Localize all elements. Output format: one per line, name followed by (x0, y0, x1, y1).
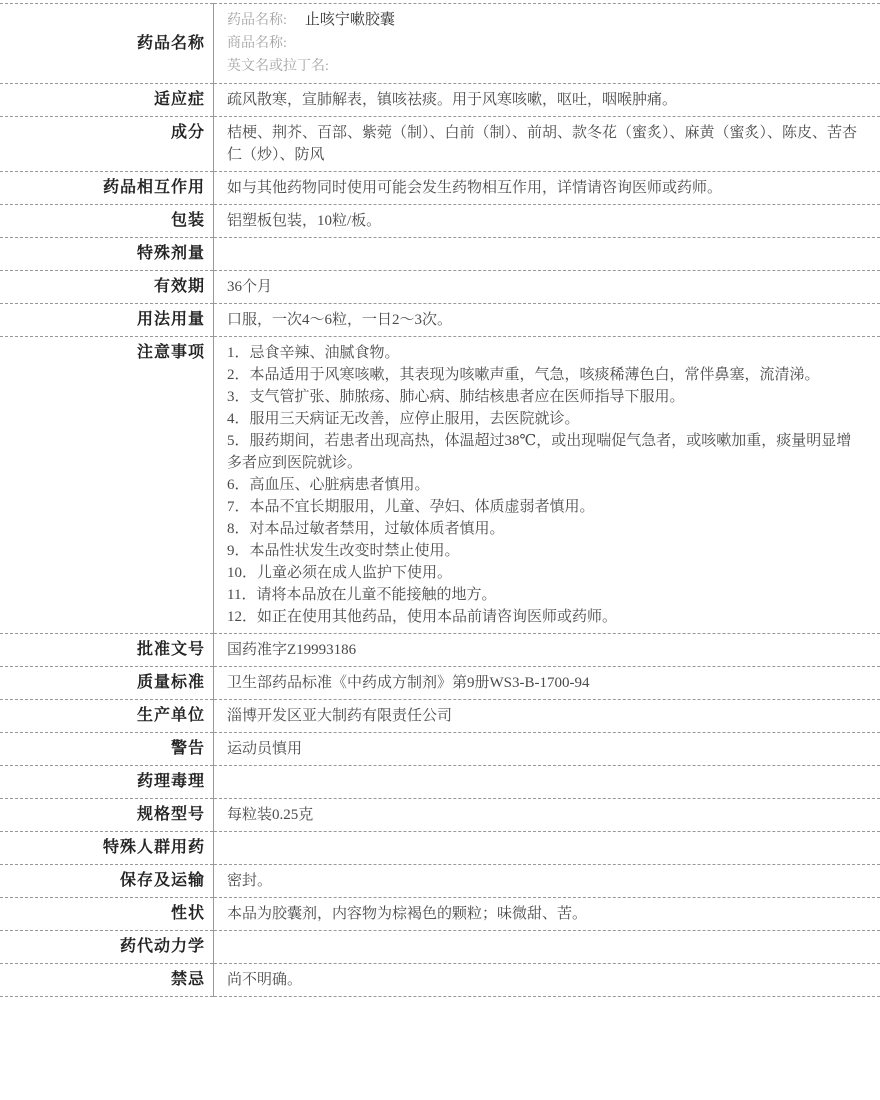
value-line: 11．请将本品放在儿童不能接触的地方。 (227, 584, 865, 606)
row-label: 包装 (0, 205, 214, 238)
row-value: 36个月 (214, 271, 880, 304)
value-line: 10．儿童必须在成人监护下使用。 (227, 562, 865, 584)
row-value: 如与其他药物同时使用可能会发生药物相互作用，详情请咨询医师或药师。 (214, 172, 880, 205)
row-label: 成分 (0, 117, 214, 172)
table-row: 禁忌尚不明确。 (0, 964, 880, 997)
value-line: 商品名称: (227, 32, 865, 55)
drug-name-value: 止咳宁嗽胶囊 (305, 12, 395, 28)
row-value: 本品为胶囊剂，内容物为棕褐色的颗粒；味微甜、苦。 (214, 898, 880, 931)
table-row: 注意事项1．忌食辛辣、油腻食物。2．本品适用于风寒咳嗽，其表现为咳嗽声重，气急，… (0, 337, 880, 634)
table-row: 批准文号国药准字Z19993186 (0, 634, 880, 667)
value-line: 卫生部药品标准《中药成方制剂》第9册WS3-B-1700-94 (227, 672, 865, 694)
value-line: 英文名或拉丁名: (227, 55, 865, 78)
row-label: 警告 (0, 733, 214, 766)
row-value: 运动员慎用 (214, 733, 880, 766)
row-label: 适应症 (0, 84, 214, 117)
row-value: 口服，一次4～6粒，一日2～3次。 (214, 304, 880, 337)
row-label: 有效期 (0, 271, 214, 304)
value-line: 12．如正在使用其他药品，使用本品前请咨询医师或药师。 (227, 606, 865, 628)
table-row: 生产单位淄博开发区亚大制药有限责任公司 (0, 700, 880, 733)
table-row: 适应症疏风散寒，宣肺解表，镇咳祛痰。用于风寒咳嗽，呕吐，咽喉肿痛。 (0, 84, 880, 117)
value-line: 淄博开发区亚大制药有限责任公司 (227, 705, 865, 727)
table-row: 用法用量口服，一次4～6粒，一日2～3次。 (0, 304, 880, 337)
field-label-english-name: 英文名或拉丁名: (227, 59, 329, 74)
row-label: 特殊人群用药 (0, 832, 214, 865)
row-label: 规格型号 (0, 799, 214, 832)
value-line: 36个月 (227, 276, 865, 298)
value-line: 尚不明确。 (227, 969, 865, 991)
row-label: 生产单位 (0, 700, 214, 733)
row-value: 尚不明确。 (214, 964, 880, 997)
value-line: 8．对本品过敏者禁用，过敏体质者慎用。 (227, 518, 865, 540)
row-value: 每粒装0.25克 (214, 799, 880, 832)
table-row: 特殊剂量 (0, 238, 880, 271)
table-row: 规格型号每粒装0.25克 (0, 799, 880, 832)
row-value (214, 238, 880, 271)
row-value (214, 931, 880, 964)
row-label: 药品名称 (0, 4, 214, 84)
row-label: 性状 (0, 898, 214, 931)
row-value: 桔梗、荆芥、百部、紫菀（制）、白前（制）、前胡、款冬花（蜜炙）、麻黄（蜜炙）、陈… (214, 117, 880, 172)
table-row: 警告运动员慎用 (0, 733, 880, 766)
drug-info-table: 药品名称 药品名称:止咳宁嗽胶囊 商品名称: 英文名或拉丁名: 适应症疏风散寒，… (0, 3, 880, 997)
row-value: 疏风散寒，宣肺解表，镇咳祛痰。用于风寒咳嗽，呕吐，咽喉肿痛。 (214, 84, 880, 117)
table-row: 有效期36个月 (0, 271, 880, 304)
value-line: 桔梗、荆芥、百部、紫菀（制）、白前（制）、前胡、款冬花（蜜炙）、麻黄（蜜炙）、陈… (227, 122, 865, 166)
row-value (214, 832, 880, 865)
table-row: 特殊人群用药 (0, 832, 880, 865)
value-line: 药品名称:止咳宁嗽胶囊 (227, 9, 865, 32)
value-line: 口服，一次4～6粒，一日2～3次。 (227, 309, 865, 331)
value-line: 2．本品适用于风寒咳嗽，其表现为咳嗽声重，气急，咳痰稀薄色白，常伴鼻塞，流清涕。 (227, 364, 865, 386)
field-label-drug-name: 药品名称: (227, 13, 287, 28)
field-label-trade-name: 商品名称: (227, 36, 287, 51)
value-line: 铝塑板包装，10粒/板。 (227, 210, 865, 232)
table-row: 质量标准卫生部药品标准《中药成方制剂》第9册WS3-B-1700-94 (0, 667, 880, 700)
table-row: 药品相互作用如与其他药物同时使用可能会发生药物相互作用，详情请咨询医师或药师。 (0, 172, 880, 205)
table-row: 药理毒理 (0, 766, 880, 799)
row-value: 卫生部药品标准《中药成方制剂》第9册WS3-B-1700-94 (214, 667, 880, 700)
value-line: 本品为胶囊剂，内容物为棕褐色的颗粒；味微甜、苦。 (227, 903, 865, 925)
value-line: 4．服用三天病证无改善，应停止服用，去医院就诊。 (227, 408, 865, 430)
row-value (214, 766, 880, 799)
row-value: 药品名称:止咳宁嗽胶囊 商品名称: 英文名或拉丁名: (214, 4, 880, 84)
drug-info-table-body: 药品名称 药品名称:止咳宁嗽胶囊 商品名称: 英文名或拉丁名: 适应症疏风散寒，… (0, 4, 880, 997)
row-label: 质量标准 (0, 667, 214, 700)
row-label: 用法用量 (0, 304, 214, 337)
value-line: 6．高血压、心脏病患者慎用。 (227, 474, 865, 496)
drug-info-page: 药品名称 药品名称:止咳宁嗽胶囊 商品名称: 英文名或拉丁名: 适应症疏风散寒，… (0, 0, 880, 997)
value-line: 9．本品性状发生改变时禁止使用。 (227, 540, 865, 562)
row-label: 注意事项 (0, 337, 214, 634)
row-value: 淄博开发区亚大制药有限责任公司 (214, 700, 880, 733)
table-row: 药代动力学 (0, 931, 880, 964)
table-row-drug-name: 药品名称 药品名称:止咳宁嗽胶囊 商品名称: 英文名或拉丁名: (0, 4, 880, 84)
value-line: 每粒装0.25克 (227, 804, 865, 826)
table-row: 性状本品为胶囊剂，内容物为棕褐色的颗粒；味微甜、苦。 (0, 898, 880, 931)
row-label: 批准文号 (0, 634, 214, 667)
table-row: 保存及运输密封。 (0, 865, 880, 898)
row-value: 国药准字Z19993186 (214, 634, 880, 667)
row-value: 铝塑板包装，10粒/板。 (214, 205, 880, 238)
value-line: 运动员慎用 (227, 738, 865, 760)
value-line: 1．忌食辛辣、油腻食物。 (227, 342, 865, 364)
table-row: 包装铝塑板包装，10粒/板。 (0, 205, 880, 238)
value-line: 国药准字Z19993186 (227, 639, 865, 661)
row-label: 特殊剂量 (0, 238, 214, 271)
value-line: 3．支气管扩张、肺脓疡、肺心病、肺结核患者应在医师指导下服用。 (227, 386, 865, 408)
table-row: 成分桔梗、荆芥、百部、紫菀（制）、白前（制）、前胡、款冬花（蜜炙）、麻黄（蜜炙）… (0, 117, 880, 172)
row-value: 1．忌食辛辣、油腻食物。2．本品适用于风寒咳嗽，其表现为咳嗽声重，气急，咳痰稀薄… (214, 337, 880, 634)
row-value: 密封。 (214, 865, 880, 898)
value-line: 如与其他药物同时使用可能会发生药物相互作用，详情请咨询医师或药师。 (227, 177, 865, 199)
value-line: 5．服药期间，若患者出现高热，体温超过38℃，或出现喘促气急者，或咳嗽加重，痰量… (227, 430, 865, 474)
value-line: 疏风散寒，宣肺解表，镇咳祛痰。用于风寒咳嗽，呕吐，咽喉肿痛。 (227, 89, 865, 111)
row-label: 药代动力学 (0, 931, 214, 964)
row-label: 药理毒理 (0, 766, 214, 799)
row-label: 药品相互作用 (0, 172, 214, 205)
value-line: 7．本品不宜长期服用，儿童、孕妇、体质虚弱者慎用。 (227, 496, 865, 518)
row-label: 保存及运输 (0, 865, 214, 898)
value-line: 密封。 (227, 870, 865, 892)
row-label: 禁忌 (0, 964, 214, 997)
